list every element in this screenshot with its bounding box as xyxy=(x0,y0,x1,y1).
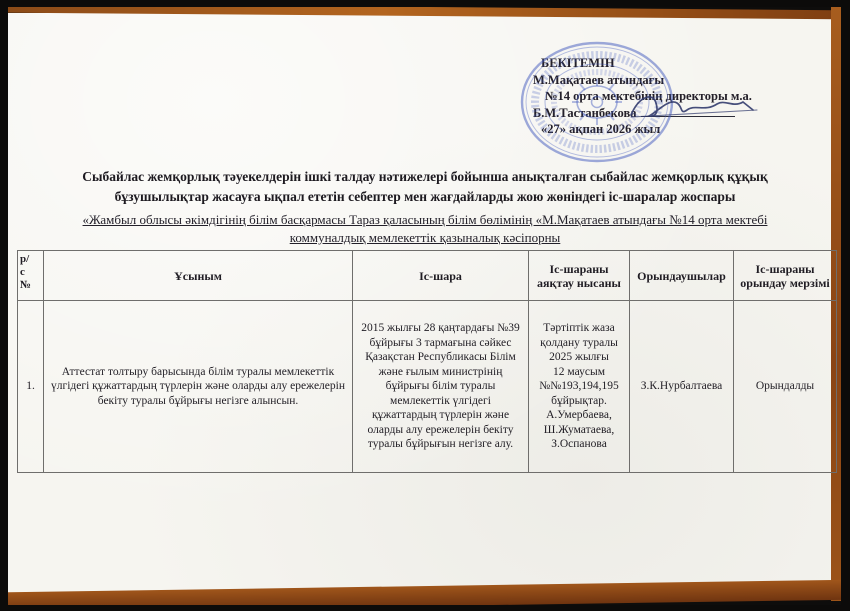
plan-table: р/ с № Ұсыным Іс-шара Іс-шараны аяқтау н… xyxy=(17,250,837,473)
cell-recommendation: Аттестат толтыру барысында білім туралы … xyxy=(44,301,353,473)
cell-action: 2015 жылғы 28 қаңтардағы №39 бұйрығы 3 т… xyxy=(353,301,529,473)
approval-position: №14 орта мектебінің директоры м.а. xyxy=(545,88,752,105)
approve-label: БЕКІТЕМІН xyxy=(541,55,752,72)
photo-frame-top xyxy=(0,0,850,7)
approval-block: БЕКІТЕМІН М.Мақатаев атындағы №14 орта м… xyxy=(533,55,752,138)
approval-date: «27» ақпан 2026 жыл xyxy=(541,121,752,138)
header-row-number: р/ с № xyxy=(18,251,44,301)
cell-executor: З.К.Нурбалтаева xyxy=(630,301,734,473)
table-header-row: р/ с № Ұсыным Іс-шара Іс-шараны аяқтау н… xyxy=(18,251,837,301)
approval-name-line: Б.М.Тастанбекова xyxy=(533,105,752,122)
header-executors: Орындаушылар xyxy=(630,251,734,301)
photo-frame-bottom xyxy=(0,605,850,611)
approval-org: М.Мақатаев атындағы xyxy=(533,72,752,89)
cell-completion-form: Тәртіптік жаза қолдану туралы 2025 жылғы… xyxy=(529,301,630,473)
header-deadline: Іс-шараны орындау мерзімі xyxy=(734,251,837,301)
table-row: 1. Аттестат толтыру барысында білім тура… xyxy=(18,301,837,473)
header-completion-form: Іс-шараны аяқтау нысаны xyxy=(529,251,630,301)
header-action: Іс-шара xyxy=(353,251,529,301)
header-recommendation: Ұсыным xyxy=(44,251,353,301)
approver-name: Б.М.Тастанбекова xyxy=(533,106,637,120)
signature-line xyxy=(641,116,735,117)
photo-frame-left xyxy=(0,0,8,611)
scanned-document-photo: БЕКІТЕМІН М.Мақатаев атындағы №14 орта м… xyxy=(0,0,850,611)
cell-status: Орындалды xyxy=(734,301,837,473)
document-title: Сыбайлас жемқорлық тәуекелдерін ішкі тал… xyxy=(35,167,815,206)
cell-row-number: 1. xyxy=(18,301,44,473)
photo-frame-right xyxy=(841,0,850,611)
document-subtitle: «Жамбыл облысы әкімдігінің білім басқарм… xyxy=(45,211,805,247)
